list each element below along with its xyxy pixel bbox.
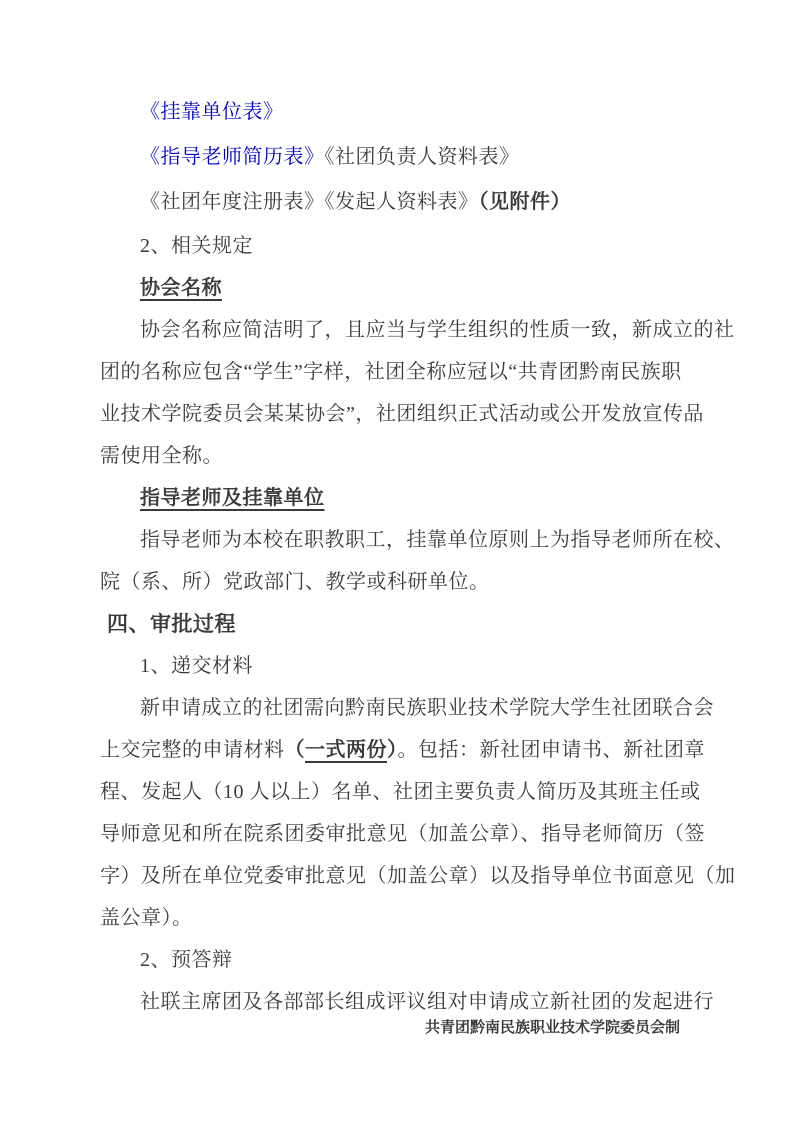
paragraph-line: 协会名称应简洁明了，且应当与学生组织的性质一致，新成立的社 bbox=[100, 309, 680, 351]
attachment-line-3: 《社团年度注册表》《发起人资料表》（见附件） bbox=[100, 180, 680, 225]
document-page: 《挂靠单位表》 《指导老师简历表》《社团负责人资料表》 《社团年度注册表》《发起… bbox=[0, 0, 793, 1122]
heading-advisor: 指导老师及挂靠单位 bbox=[140, 487, 325, 509]
document-content: 《挂靠单位表》 《指导老师简历表》《社团负责人资料表》 《社团年度注册表》《发起… bbox=[0, 0, 793, 1043]
paragraph-line-with-emphasis: 上交完整的申请材料（一式两份）。包括：新社团申请书、新社团章 bbox=[100, 729, 680, 771]
section-heading-approval-process: 四、审批过程 bbox=[100, 603, 680, 645]
list-item-rules: 2、相关规定 bbox=[100, 225, 680, 267]
heading-advisor-row: 指导老师及挂靠单位 bbox=[100, 477, 680, 519]
paragraph-line: 需使用全称。 bbox=[100, 435, 680, 477]
list-item-pre-defense: 2、预答辩 bbox=[100, 939, 680, 981]
paragraph-line: 盖公章）。 bbox=[100, 897, 680, 939]
attachment-form-name: 《社团负责人资料表》 bbox=[325, 146, 520, 168]
attachment-line-2: 《指导老师简历表》《社团负责人资料表》 bbox=[100, 135, 680, 180]
attachment-form-name: 《社团年度注册表》《发起人资料表》 bbox=[140, 191, 479, 213]
paragraph-line: 指导老师为本校在职教职工，挂靠单位原则上为指导老师所在校、 bbox=[100, 519, 680, 561]
attachment-line-1: 《挂靠单位表》 bbox=[100, 90, 680, 135]
emphasis-paren: ） bbox=[387, 739, 398, 761]
paragraph-text: 上交完整的申请材料 bbox=[100, 739, 285, 761]
paragraph-text: 。包括：新社团申请书、新社团章 bbox=[398, 739, 706, 761]
emphasis-paren: （ bbox=[285, 739, 306, 761]
paragraph-line: 新申请成立的社团需向黔南民族职业技术学院大学生社团联合会 bbox=[100, 687, 680, 729]
paragraph-line: 导师意见和所在院系团委审批意见（加盖公章）、指导老师简历（签 bbox=[100, 813, 680, 855]
heading-association-name-row: 协会名称 bbox=[100, 267, 680, 309]
emphasis-duplicate-copies: 一式两份 bbox=[305, 739, 387, 761]
attachment-form-link: 《指导老师简历表》 bbox=[140, 146, 325, 168]
see-attachment-note: （见附件） bbox=[479, 191, 572, 213]
paragraph-line: 字）及所在单位党委审批意见（加盖公章）以及指导单位书面意见（加 bbox=[100, 855, 680, 897]
paragraph-line: 业技术学院委员会某某协会”，社团组织正式活动或公开发放宣传品 bbox=[100, 393, 680, 435]
paragraph-line: 程、发起人（10 人以上）名单、社团主要负责人简历及其班主任或 bbox=[100, 771, 680, 813]
heading-association-name: 协会名称 bbox=[140, 277, 222, 299]
paragraph-line: 院（系、所）党政部门、教学或科研单位。 bbox=[100, 561, 680, 603]
paragraph-line: 团的名称应包含“学生”字样，社团全称应冠以“共青团黔南民族职 bbox=[100, 351, 680, 393]
attachment-form-link: 《挂靠单位表》 bbox=[140, 101, 284, 123]
list-item-submit-materials: 1、递交材料 bbox=[100, 645, 680, 687]
